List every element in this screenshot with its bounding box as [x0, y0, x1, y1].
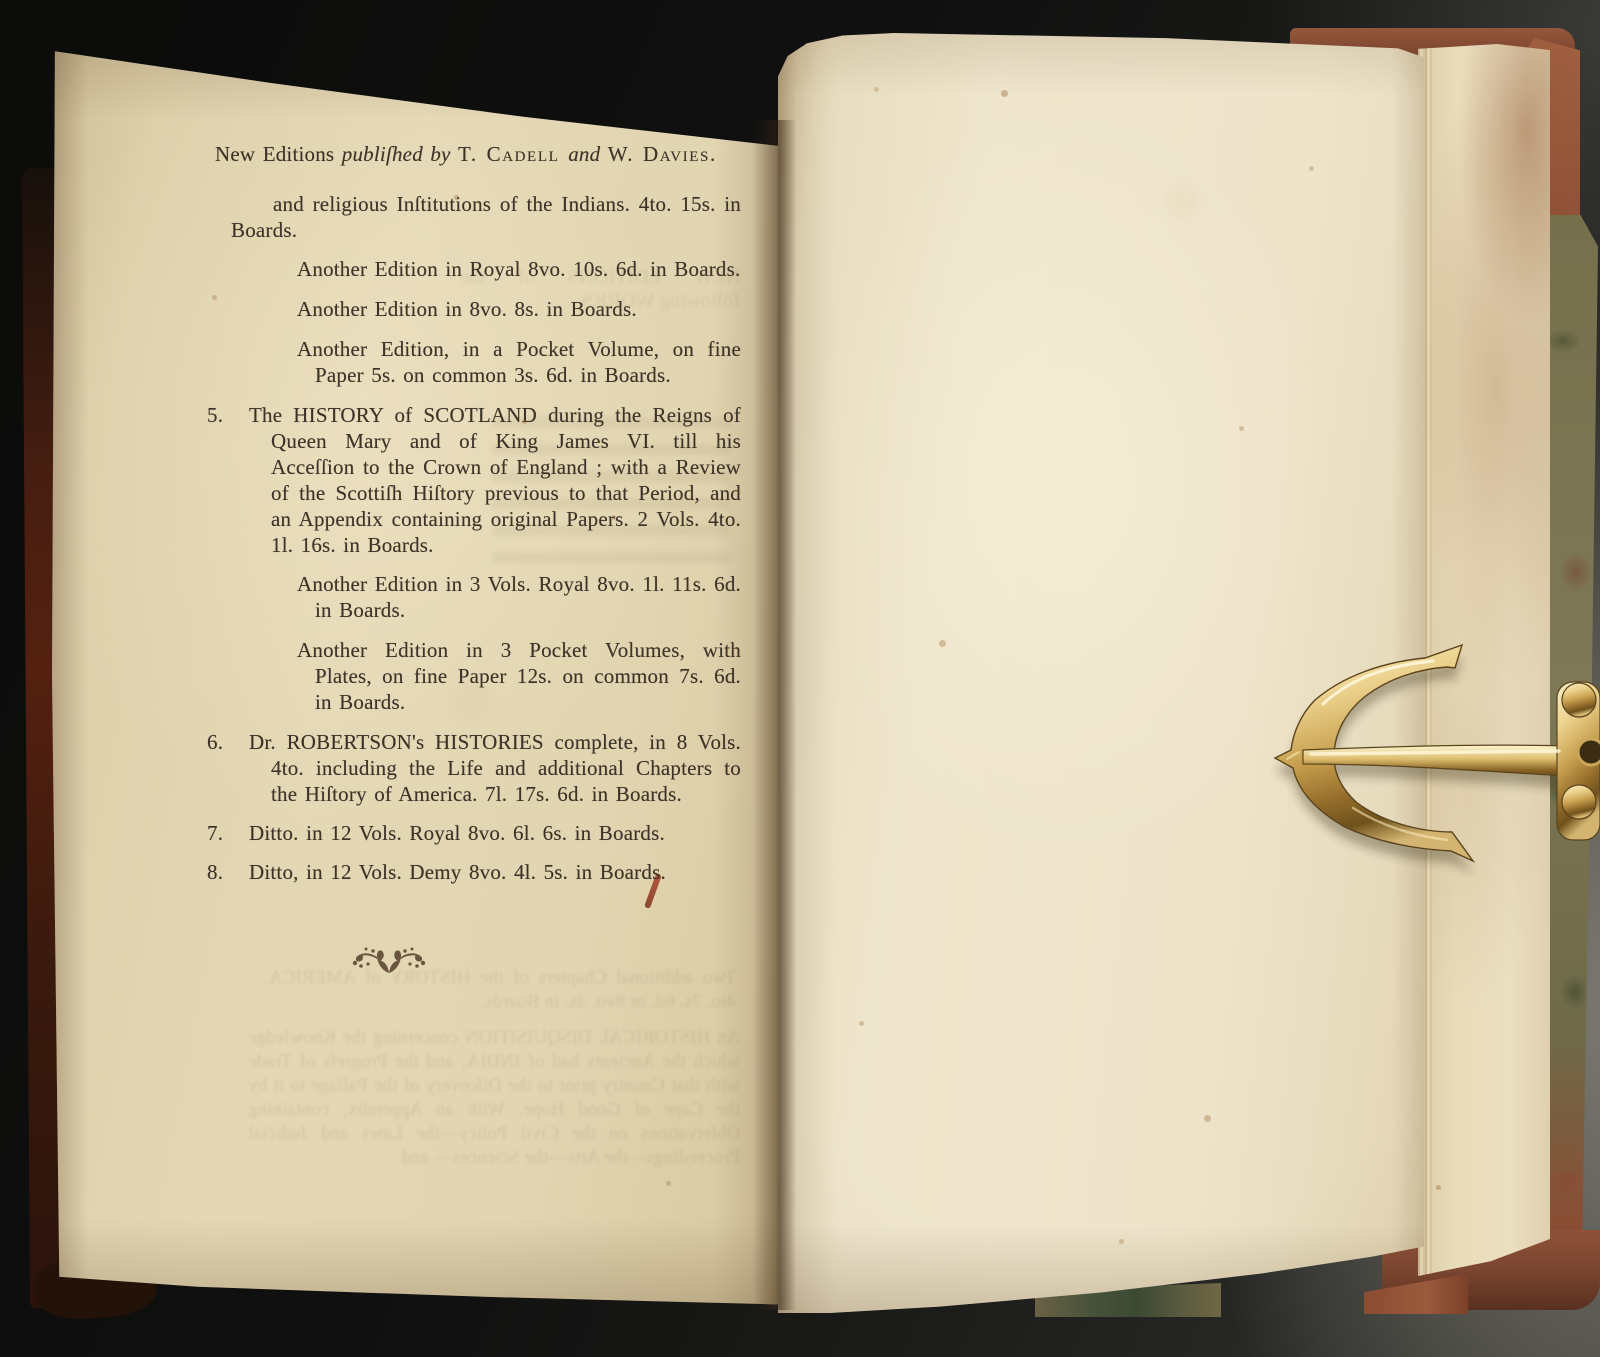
- entry-text: Another Edition in 8vo. 8s. in Boards.: [297, 297, 637, 321]
- book-entry: Another Edition in Royal 8vo. 10s. 6d. i…: [195, 256, 741, 282]
- left-page: NEW EDITIONS of the following WORKS, Two…: [52, 45, 779, 1307]
- entry-text: Another Edition in 3 Vols. Royal 8vo. 1l…: [297, 572, 741, 622]
- entry-text: Ditto, in 12 Vols. Demy 8vo. 4l. 5s. in …: [249, 860, 666, 884]
- header-publisher-cadell: T. Cadell: [458, 142, 568, 166]
- book-entry: 5.The HISTORY of SCOTLAND during the Rei…: [195, 402, 741, 558]
- header-italic: publiſhed by: [342, 142, 458, 166]
- book-entry: Another Edition in 3 Pocket Volumes, wit…: [195, 637, 741, 715]
- page-header: New Editions publiſhed by T. Cadell and …: [215, 141, 741, 167]
- entry-text: and religious Inſtitutions of the Indian…: [231, 192, 741, 242]
- entry-text: Another Edition in Royal 8vo. 10s. 6d. i…: [297, 257, 740, 281]
- book-entry: 6.Dr. ROBERTSON's HISTORIES complete, in…: [195, 729, 741, 807]
- clasp-hinge: [1557, 682, 1600, 840]
- entry-number: 5.: [207, 402, 223, 428]
- book-entry: and religious Inſtitutions of the Indian…: [195, 191, 741, 243]
- entry-number: 7.: [207, 820, 223, 846]
- entry-number: 8.: [207, 859, 223, 885]
- book-entry: Another Edition, in a Pocket Volume, on …: [195, 336, 741, 388]
- fleuron-ornament-icon: [343, 943, 435, 981]
- advert-text-block: New Editions publiſhed by T. Cadell and …: [195, 141, 741, 981]
- entry-number: 6.: [207, 729, 223, 755]
- brass-clasp: [1253, 612, 1600, 877]
- book-photo-scene: NEW EDITIONS of the following WORKS, Two…: [0, 0, 1600, 1357]
- showthrough-disquisition: An HISTORICAL DISQUISITION concerning th…: [248, 1026, 740, 1170]
- entry-text: Another Edition, in a Pocket Volume, on …: [297, 337, 741, 387]
- book-entry: Another Edition in 8vo. 8s. in Boards.: [195, 296, 741, 322]
- entry-text: The HISTORY of SCOTLAND during the Reign…: [249, 403, 741, 557]
- header-publisher-davies: W. Davies.: [608, 142, 717, 166]
- entry-text: Another Edition in 3 Pocket Volumes, wit…: [297, 638, 741, 714]
- header-text: New Editions: [215, 142, 342, 166]
- book-entry: 7.Ditto. in 12 Vols. Royal 8vo. 6l. 6s. …: [195, 820, 741, 846]
- header-and: and: [568, 142, 608, 166]
- book-entry: Another Edition in 3 Vols. Royal 8vo. 1l…: [195, 571, 741, 623]
- entry-text: Dr. ROBERTSON's HISTORIES complete, in 8…: [249, 730, 741, 806]
- entry-text: Ditto. in 12 Vols. Royal 8vo. 6l. 6s. in…: [249, 821, 665, 845]
- book-entry: 8.Ditto, in 12 Vols. Demy 8vo. 4l. 5s. i…: [195, 859, 741, 885]
